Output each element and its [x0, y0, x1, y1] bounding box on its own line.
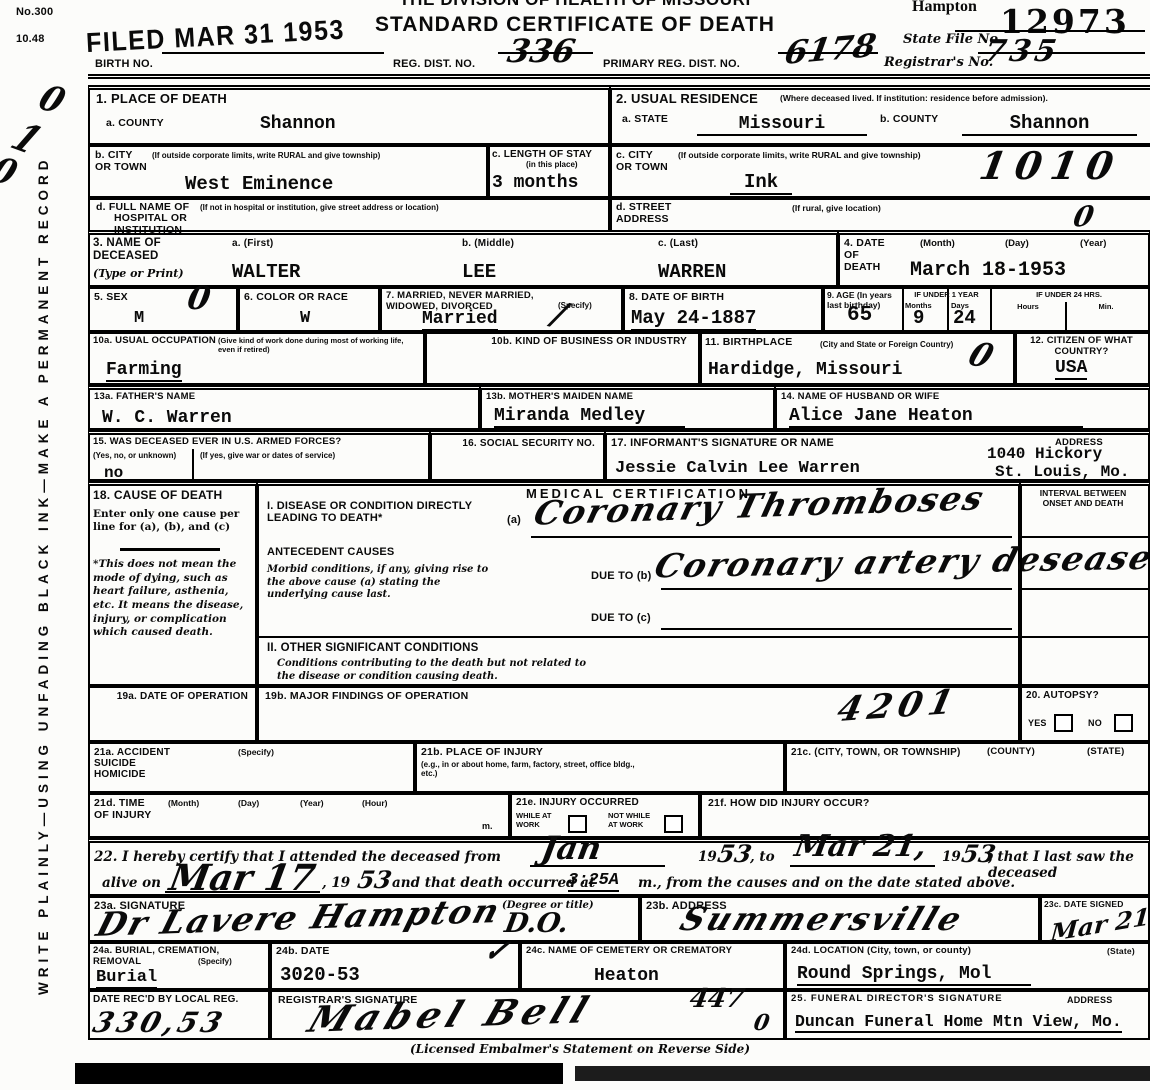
place-county-value: Shannon: [260, 114, 336, 134]
field-interval: INTERVAL BETWEEN ONSET AND DEATH: [1020, 481, 1150, 686]
interval-line: [1022, 636, 1148, 638]
age-divider: [1065, 302, 1067, 330]
informant-name: Jessie Calvin Lee Warren: [615, 459, 860, 478]
certify-p4: alive on: [102, 875, 161, 891]
dob-label: 8. DATE OF BIRTH: [629, 292, 724, 304]
stay-value: 3 months: [492, 173, 578, 193]
street-note: (If rural, give location): [792, 204, 881, 214]
age-under24-label: IF UNDER 24 HRS.: [993, 291, 1145, 300]
death-certificate-scan: No.300 10.48 WRITE PLAINLY—USING UNFADIN…: [0, 0, 1150, 1090]
while-at-work-label: WHILE AT WORK: [516, 812, 564, 829]
field-mother-name: 13b. MOTHER'S MAIDEN NAME Miranda Medley: [480, 385, 775, 430]
certify-p6: m., from the causes and on the date stat…: [638, 875, 1015, 891]
field-occupation: 10a. USUAL OCCUPATION (Give kind of work…: [88, 332, 425, 385]
certify-from-handwriting: Jan: [539, 829, 605, 867]
injury-m-label: m.: [482, 821, 493, 831]
field-business: 10b. KIND OF BUSINESS OR INDUSTRY: [425, 332, 700, 385]
injury-occurred-label: 21e. INJURY OCCURRED: [516, 797, 639, 808]
birth-no-line: [162, 52, 384, 54]
injury-state-label: (STATE): [1087, 747, 1124, 758]
field-usual-residence: 2. USUAL RESIDENCE (Where deceased lived…: [610, 85, 1150, 145]
injury-hour-label: (Hour): [362, 799, 388, 809]
birth-no-label: BIRTH NO.: [95, 58, 153, 70]
field-spouse-name: 14. NAME OF HUSBAND OR WIFE Alice Jane H…: [775, 385, 1150, 430]
certify-p2: , to: [750, 849, 775, 865]
primary-reg-line: [778, 52, 878, 54]
not-while-at-work-checkbox: [664, 815, 683, 833]
cemetery-label: 24c. NAME OF CEMETERY OR CREMATORY: [526, 946, 732, 957]
age-under1-label: IF UNDER 1 YEAR: [905, 291, 988, 300]
place-city-value: West Eminence: [185, 173, 333, 195]
division-title: THE DIVISION OF HEALTH OF MISSOURI: [340, 0, 810, 9]
cause-a-tag: (a): [507, 514, 521, 526]
certify-19a: 19: [698, 849, 717, 865]
street-label: d. STREET ADDRESS: [616, 202, 696, 226]
burial-date-value: 3020-53: [280, 964, 360, 986]
form-revision: 10.48: [16, 33, 45, 45]
birthplace-value: Hardidge, Missouri: [708, 360, 902, 380]
residence-city-value: Ink: [730, 171, 792, 195]
father-value: W. C. Warren: [102, 408, 232, 428]
autopsy-yes-label: YES: [1028, 718, 1047, 728]
age-value: 65: [847, 304, 872, 327]
death-date-title: 4. DATE OF DEATH: [844, 238, 896, 273]
informant-address-1: 1040 Hickory: [987, 445, 1102, 463]
field-place-of-death: 1. PLACE OF DEATH a. COUNTY Shannon: [88, 85, 610, 145]
certify-19b: 19: [942, 849, 961, 865]
cause-c-tag: DUE TO (c): [591, 612, 651, 624]
field-date-received: DATE REC'D BY LOCAL REG. 330,53: [88, 990, 270, 1040]
last-name-value: WARREN: [658, 261, 726, 283]
birthplace-label: 11. BIRTHPLACE: [705, 337, 792, 349]
margin-handwriting: 0: [0, 150, 23, 195]
field-burial-date: 24b. DATE 3020-53 ✓: [270, 942, 520, 990]
last-name-label: c. (Last): [658, 238, 698, 249]
armed-forces-label: 15. WAS DECEASED EVER IN U.S. ARMED FORC…: [93, 437, 423, 448]
field-residence-city: c. CITY OR TOWN (If outside corporate li…: [610, 145, 1150, 198]
interval-line: [1022, 536, 1148, 538]
residence-title: 2. USUAL RESIDENCE: [616, 92, 758, 107]
birthplace-note: (City and State or Foreign Country): [820, 340, 995, 349]
informant-label: 17. INFORMANT'S SIGNATURE OR NAME: [611, 437, 834, 449]
middle-name-value: LEE: [462, 261, 496, 283]
cause-note: *This does not mean the mode of dying, s…: [93, 558, 249, 640]
race-label: 6. COLOR OR RACE: [244, 292, 348, 304]
reg-dist-value: 336: [505, 32, 578, 70]
deceased-name-title: 3. NAME OF DECEASED: [93, 237, 213, 263]
funeral-director-address-label: ADDRESS: [1067, 995, 1112, 1005]
registrar-handwriting-447: 447: [687, 984, 747, 1014]
field-physician-signature: 23a. SIGNATURE (Degree or title) Dr Lave…: [88, 896, 640, 942]
burial-value: Burial: [96, 968, 157, 989]
autopsy-no-checkbox: [1114, 714, 1133, 732]
informant-address-2: St. Louis, Mo.: [995, 463, 1129, 483]
autopsy-no-label: NO: [1088, 718, 1102, 728]
certify-line: [790, 865, 935, 867]
field-length-of-stay: c. LENGTH OF STAY (in this place) 3 mont…: [488, 145, 610, 198]
burial-date-label: 24b. DATE: [276, 946, 330, 958]
business-label: 10b. KIND OF BUSINESS OR INDUSTRY: [482, 336, 687, 347]
burial-location-value: Round Springs, Mol: [797, 964, 1031, 986]
residence-county-value: Shannon: [962, 112, 1137, 136]
injury-day-label: (Day): [238, 799, 259, 809]
other-conditions-note: Conditions contributing to the death but…: [277, 658, 607, 683]
age-months-value: 9: [913, 307, 924, 329]
field-accident-suicide: 21a. ACCIDENT SUICIDE HOMICIDE (Specify): [88, 742, 415, 793]
field-place-city: b. CITY OR TOWN (If outside corporate li…: [88, 145, 488, 198]
residence-city-handwriting: 1010: [976, 143, 1126, 188]
field-place-of-injury: 21b. PLACE OF INJURY (e.g., in or about …: [415, 742, 785, 793]
armed-forces-divider: [192, 449, 194, 479]
disease-label: I. DISEASE OR CONDITION DIRECTLY LEADING…: [267, 500, 507, 525]
burial-state-label: (State): [1107, 947, 1135, 957]
field-armed-forces: 15. WAS DECEASED EVER IN U.S. ARMED FORC…: [88, 430, 430, 481]
residence-county-label: b. COUNTY: [880, 114, 938, 126]
autopsy-label: 20. AUTOPSY?: [1026, 690, 1099, 701]
cause-line1: Enter only one cause per line for (a), (…: [93, 508, 248, 534]
state-file-line: [955, 30, 1145, 32]
burial-location-label: 24d. LOCATION (City, town, or county): [791, 946, 971, 957]
race-value: W: [300, 309, 310, 328]
field-medical-certification: MEDICAL CERTIFICATION I. DISEASE OR COND…: [257, 481, 1020, 686]
reg-dist-label: REG. DIST. NO.: [393, 58, 475, 70]
residence-note: (Where deceased lived. If institution: r…: [780, 94, 1145, 104]
death-month-label: (Month): [920, 239, 955, 250]
dob-value: May 24-1887: [631, 307, 756, 331]
field-certify-statement: 22. I hereby certify that I attended the…: [88, 838, 1150, 896]
margin-instruction: WRITE PLAINLY—USING UNFADING BLACK INK—M…: [36, 100, 51, 1050]
registrar-no-label: Registrar's No.: [884, 55, 993, 70]
how-injury-label: 21f. HOW DID INJURY OCCUR?: [708, 798, 870, 810]
margin-handwriting: 0: [33, 78, 71, 123]
death-year-label: (Year): [1080, 239, 1106, 250]
field-burial-location: 24d. LOCATION (City, town, or county) (S…: [785, 942, 1150, 990]
citizen-label: 12. CITIZEN OF WHAT COUNTRY?: [1019, 336, 1144, 357]
citizen-value: USA: [1055, 358, 1087, 380]
injury-year-label: (Year): [300, 799, 324, 809]
place-city-note: (If outside corporate limits, write RURA…: [152, 151, 452, 160]
field-date-of-birth: 8. DATE OF BIRTH May 24-1887: [623, 287, 823, 332]
occupation-label: 10a. USUAL OCCUPATION: [93, 336, 216, 347]
field-date-of-operation: 19a. DATE OF OPERATION: [88, 686, 257, 742]
injury-place-label: 21b. PLACE OF INJURY: [421, 747, 543, 759]
cause-c-line: [661, 628, 1012, 630]
field-operation-findings: 19b. MAJOR FINDINGS OF OPERATION 4201: [257, 686, 1020, 742]
armed-forces-value: no: [104, 464, 123, 482]
age-divider: [990, 289, 992, 330]
first-name-label: a. (First): [232, 238, 273, 249]
death-day-label: (Day): [1005, 239, 1029, 250]
field-race: 6. COLOR OR RACE W: [238, 287, 380, 332]
autopsy-yes-checkbox: [1054, 714, 1073, 732]
registrar-handwriting-0: 0: [752, 1010, 772, 1036]
date-received-value: 330,53: [89, 1006, 230, 1039]
age-hours-label: Hours: [995, 303, 1061, 312]
accident-note: (Specify): [238, 748, 274, 758]
date-received-label: DATE REC'D BY LOCAL REG.: [93, 994, 265, 1005]
death-date-value: March 18-1953: [910, 259, 1066, 282]
operation-findings-handwriting: 4201: [834, 682, 963, 730]
physician-address-value: Summersville: [675, 900, 970, 938]
stay-note: (in this place): [526, 160, 578, 169]
scan-artifact-bar: [575, 1066, 1150, 1081]
primary-reg-value: 6178: [782, 26, 879, 72]
field-sex: 5. SEX 0 M: [88, 287, 238, 332]
mother-label: 13b. MOTHER'S MAIDEN NAME: [486, 392, 633, 403]
place-of-death-title: 1. PLACE OF DEATH: [96, 92, 227, 107]
residence-state-value: Missouri: [697, 114, 867, 136]
field-informant: 17. INFORMANT'S SIGNATURE OR NAME ADDRES…: [605, 430, 1150, 481]
certify-line: [530, 865, 665, 867]
form-number: No.300: [16, 6, 53, 18]
scan-artifact-bar: [75, 1063, 563, 1084]
first-name-value: WALTER: [232, 261, 300, 283]
embalmer-footer: (Licensed Embalmer's Statement on Revers…: [350, 1042, 810, 1056]
certify-to-handwriting: Mar 21,: [792, 829, 929, 864]
age-days-value: 24: [953, 307, 976, 329]
occupation-note: (Give kind of work done during most of w…: [218, 337, 418, 354]
field-marital-status: 7. MARRIED, NEVER MARRIED, WIDOWED, DIVO…: [380, 287, 623, 332]
accident-label: 21a. ACCIDENT SUICIDE HOMICIDE: [94, 747, 184, 781]
certify-p5: and that death occurred at: [392, 875, 595, 891]
field-funeral-director: 25. FUNERAL DIRECTOR'S SIGNATURE ADDRESS…: [785, 990, 1150, 1040]
certify-time-value: 3:25A: [568, 871, 619, 892]
field-citizen: 12. CITIZEN OF WHAT COUNTRY? USA: [1015, 332, 1150, 385]
section-divider: [255, 636, 1022, 638]
cause-b-tag: DUE TO (b): [591, 570, 651, 582]
physician-signature-value: Dr Lavere Hampton: [92, 891, 505, 944]
certify-year1-handwriting: 53: [715, 839, 754, 868]
spouse-value: Alice Jane Heaton: [789, 406, 1083, 428]
age-min-label: Min.: [1069, 303, 1143, 312]
occupation-value: Farming: [106, 360, 182, 382]
primary-reg-label: PRIMARY REG. DIST. NO.: [603, 58, 740, 70]
field-autopsy: 20. AUTOPSY? YES NO: [1020, 686, 1150, 742]
certify-19c: , 19: [322, 875, 350, 891]
armed-forces-note1: (Yes, no, or unknown): [93, 451, 188, 460]
cemetery-value: Heaton: [594, 966, 659, 986]
injury-county-label: (COUNTY): [987, 747, 1035, 758]
header-rule: [88, 74, 1150, 79]
age-divider: [902, 289, 904, 330]
spouse-label: 14. NAME OF HUSBAND OR WIFE: [781, 392, 939, 403]
physician-degree-value: D.O.: [502, 908, 571, 939]
registrar-no-line: [978, 52, 1145, 54]
field-father-name: 13a. FATHER'S NAME W. C. Warren: [88, 385, 480, 430]
marital-value: Married: [422, 309, 498, 331]
residence-city-label: c. CITY OR TOWN: [616, 150, 668, 174]
field-cause-of-death-notes: 18. CAUSE OF DEATH Enter only one cause …: [88, 481, 257, 686]
middle-name-label: b. (Middle): [462, 238, 514, 249]
cause-a-line: [531, 536, 1012, 538]
sex-value: M: [134, 309, 144, 328]
morbid-note: Morbid conditions, if any, giving rise t…: [267, 564, 489, 602]
age-months-label: Months: [905, 302, 945, 311]
antecedent-label: ANTECEDENT CAUSES: [267, 546, 394, 558]
mother-value: Miranda Medley: [494, 406, 685, 428]
reg-dist-line: [498, 52, 593, 54]
field-registrar-signature: REGISTRAR'S SIGNATURE Mabel Bell 447 0: [270, 990, 785, 1040]
operation-date-label: 19a. DATE OF OPERATION: [98, 691, 248, 702]
interval-label: INTERVAL BETWEEN ONSET AND DEATH: [1024, 489, 1142, 509]
field-street-address: d. STREET ADDRESS (If rural, give locati…: [610, 198, 1150, 232]
certify-line: [165, 891, 320, 893]
father-label: 13a. FATHER'S NAME: [94, 392, 195, 403]
cause-b-line: [661, 588, 1012, 590]
field-burial: 24a. BURIAL, CREMATION, REMOVAL (Specify…: [88, 942, 270, 990]
field-date-signed: 23c. DATE SIGNED Mar 21: [1040, 896, 1150, 942]
registrar-signature-value: Mabel Bell: [302, 989, 599, 1041]
place-city-label: b. CITY OR TOWN: [95, 150, 147, 174]
field-cemetery: 24c. NAME OF CEMETERY OR CREMATORY Heato…: [520, 942, 785, 990]
stay-label: c. LENGTH OF STAY: [492, 149, 604, 160]
deceased-name-subtitle: (Type or Print): [93, 267, 184, 280]
ssn-label: 16. SOCIAL SECURITY NO.: [440, 438, 595, 449]
field-hospital-name: d. FULL NAME OF (If not in hospital or i…: [88, 198, 610, 232]
interval-line: [1022, 588, 1148, 590]
hampton-stamp: Hampton: [912, 0, 977, 16]
field-age: 9. AGE (In years last birthday) IF UNDER…: [823, 287, 1150, 332]
street-handwriting: 0: [1071, 199, 1097, 234]
injury-city-label: 21c. (CITY, TOWN, OR TOWNSHIP): [791, 747, 961, 758]
cause-rule: [120, 548, 220, 551]
field-injury-city: 21c. (CITY, TOWN, OR TOWNSHIP) (COUNTY) …: [785, 742, 1150, 793]
sex-label: 5. SEX: [94, 292, 128, 304]
funeral-director-value: Duncan Funeral Home Mtn View, Mo.: [795, 1012, 1122, 1033]
field-birthplace: 11. BIRTHPLACE (City and State or Foreig…: [700, 332, 1015, 385]
burial-date-checkmark: ✓: [481, 934, 512, 969]
operation-findings-label: 19b. MAJOR FINDINGS OF OPERATION: [265, 691, 468, 703]
field-physician-address: 23b. ADDRESS Summersville: [640, 896, 1040, 942]
field-time-of-injury: 21d. TIME OF INJURY (Month) (Day) (Year)…: [88, 793, 510, 838]
funeral-director-label: 25. FUNERAL DIRECTOR'S SIGNATURE: [791, 994, 1003, 1005]
burial-note: (Specify): [198, 957, 232, 966]
armed-forces-note2: (If yes, give war or dates of service): [200, 451, 400, 460]
field-ssn: 16. SOCIAL SECURITY NO.: [430, 430, 605, 481]
injury-month-label: (Month): [168, 799, 199, 809]
residence-city-note: (If outside corporate limits, write RURA…: [678, 151, 1018, 161]
residence-state-label: a. STATE: [622, 114, 668, 126]
field-date-of-death: 4. DATE OF DEATH (Month) (Day) (Year) Ma…: [838, 230, 1150, 287]
injury-place-note: (e.g., in or about home, farm, factory, …: [421, 760, 651, 778]
certify-year3-handwriting: 53: [355, 865, 394, 894]
injury-time-label: 21d. TIME OF INJURY: [94, 798, 152, 822]
other-conditions-label: II. OTHER SIGNIFICANT CONDITIONS: [267, 642, 479, 655]
cause-title: 18. CAUSE OF DEATH: [93, 489, 222, 502]
hospital-note: (If not in hospital or institution, give…: [200, 203, 590, 212]
place-county-label: a. COUNTY: [106, 118, 164, 130]
field-injury-occurred: 21e. INJURY OCCURRED WHILE AT WORK NOT W…: [510, 793, 700, 838]
not-while-at-work-label: NOT WHILE AT WORK: [608, 812, 660, 829]
